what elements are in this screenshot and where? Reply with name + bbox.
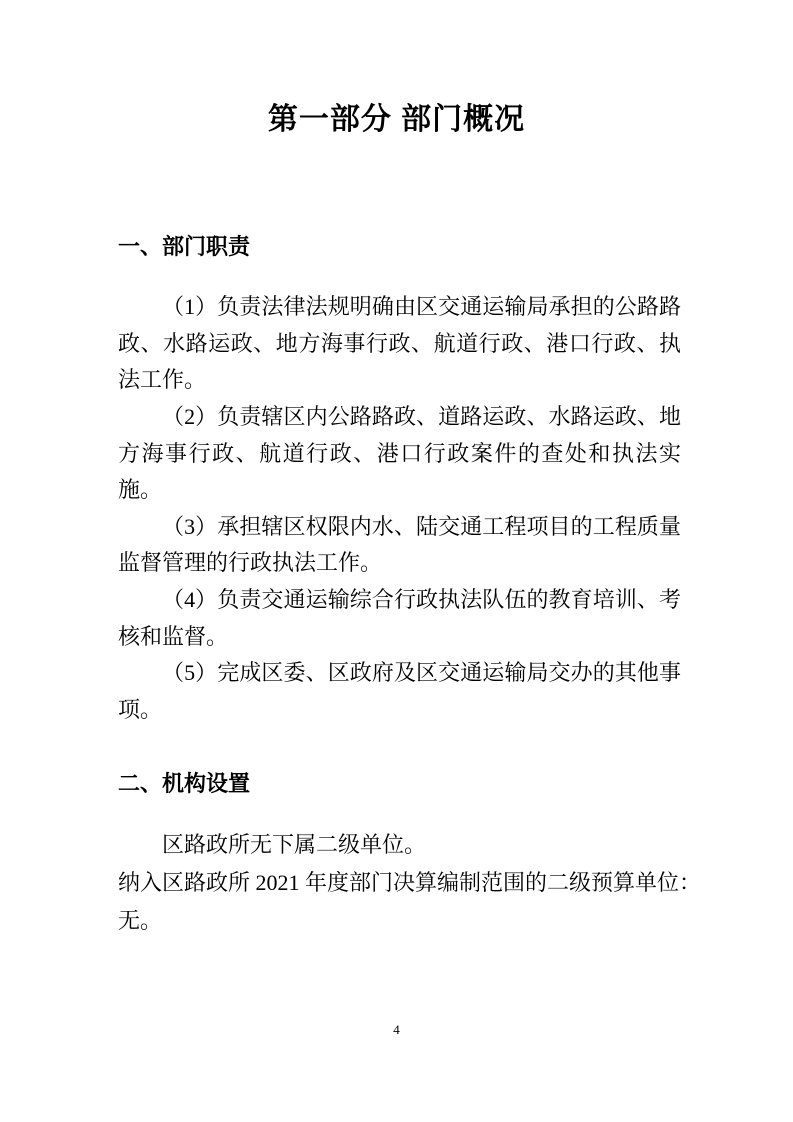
section-heading-organization: 二、机构设置 [118, 771, 681, 796]
duty-paragraph-3: （3）承担辖区权限内水、陆交通工程项目的工程质量监督管理的行政执法工作。 [118, 509, 681, 582]
duty-paragraph-4: （4）负责交通运输综合行政执法队伍的教育培训、考核和监督。 [118, 582, 681, 655]
section-organization-body: 区路政所无下属二级单位。 纳入区路政所 2021 年度部门决算编制范围的二级预算… [118, 826, 681, 940]
section-heading-duties: 一、部门职责 [118, 234, 681, 259]
page-number: 4 [0, 1022, 793, 1038]
duty-paragraph-2: （2）负责辖区内公路路政、道路运政、水路运政、地方海事行政、航道行政、港口行政案… [118, 399, 681, 509]
organization-paragraph-3: 无。 [118, 902, 681, 940]
organization-paragraph-1: 区路政所无下属二级单位。 [118, 826, 681, 864]
duty-paragraph-1: （1）负责法律法规明确由区交通运输局承担的公路路政、水路运政、地方海事行政、航道… [118, 289, 681, 399]
document-content: 一、部门职责 （1）负责法律法规明确由区交通运输局承担的公路路政、水路运政、地方… [118, 234, 681, 940]
document-page: 第一部分 部门概况 一、部门职责 （1）负责法律法规明确由区交通运输局承担的公路… [0, 0, 793, 1122]
section-duties-body: （1）负责法律法规明确由区交通运输局承担的公路路政、水路运政、地方海事行政、航道… [118, 289, 681, 728]
organization-paragraph-2: 纳入区路政所 2021 年度部门决算编制范围的二级预算单位： [118, 864, 681, 902]
duty-paragraph-5: （5）完成区委、区政府及区交通运输局交办的其他事项。 [118, 655, 681, 728]
document-title: 第一部分 部门概况 [0, 0, 793, 138]
